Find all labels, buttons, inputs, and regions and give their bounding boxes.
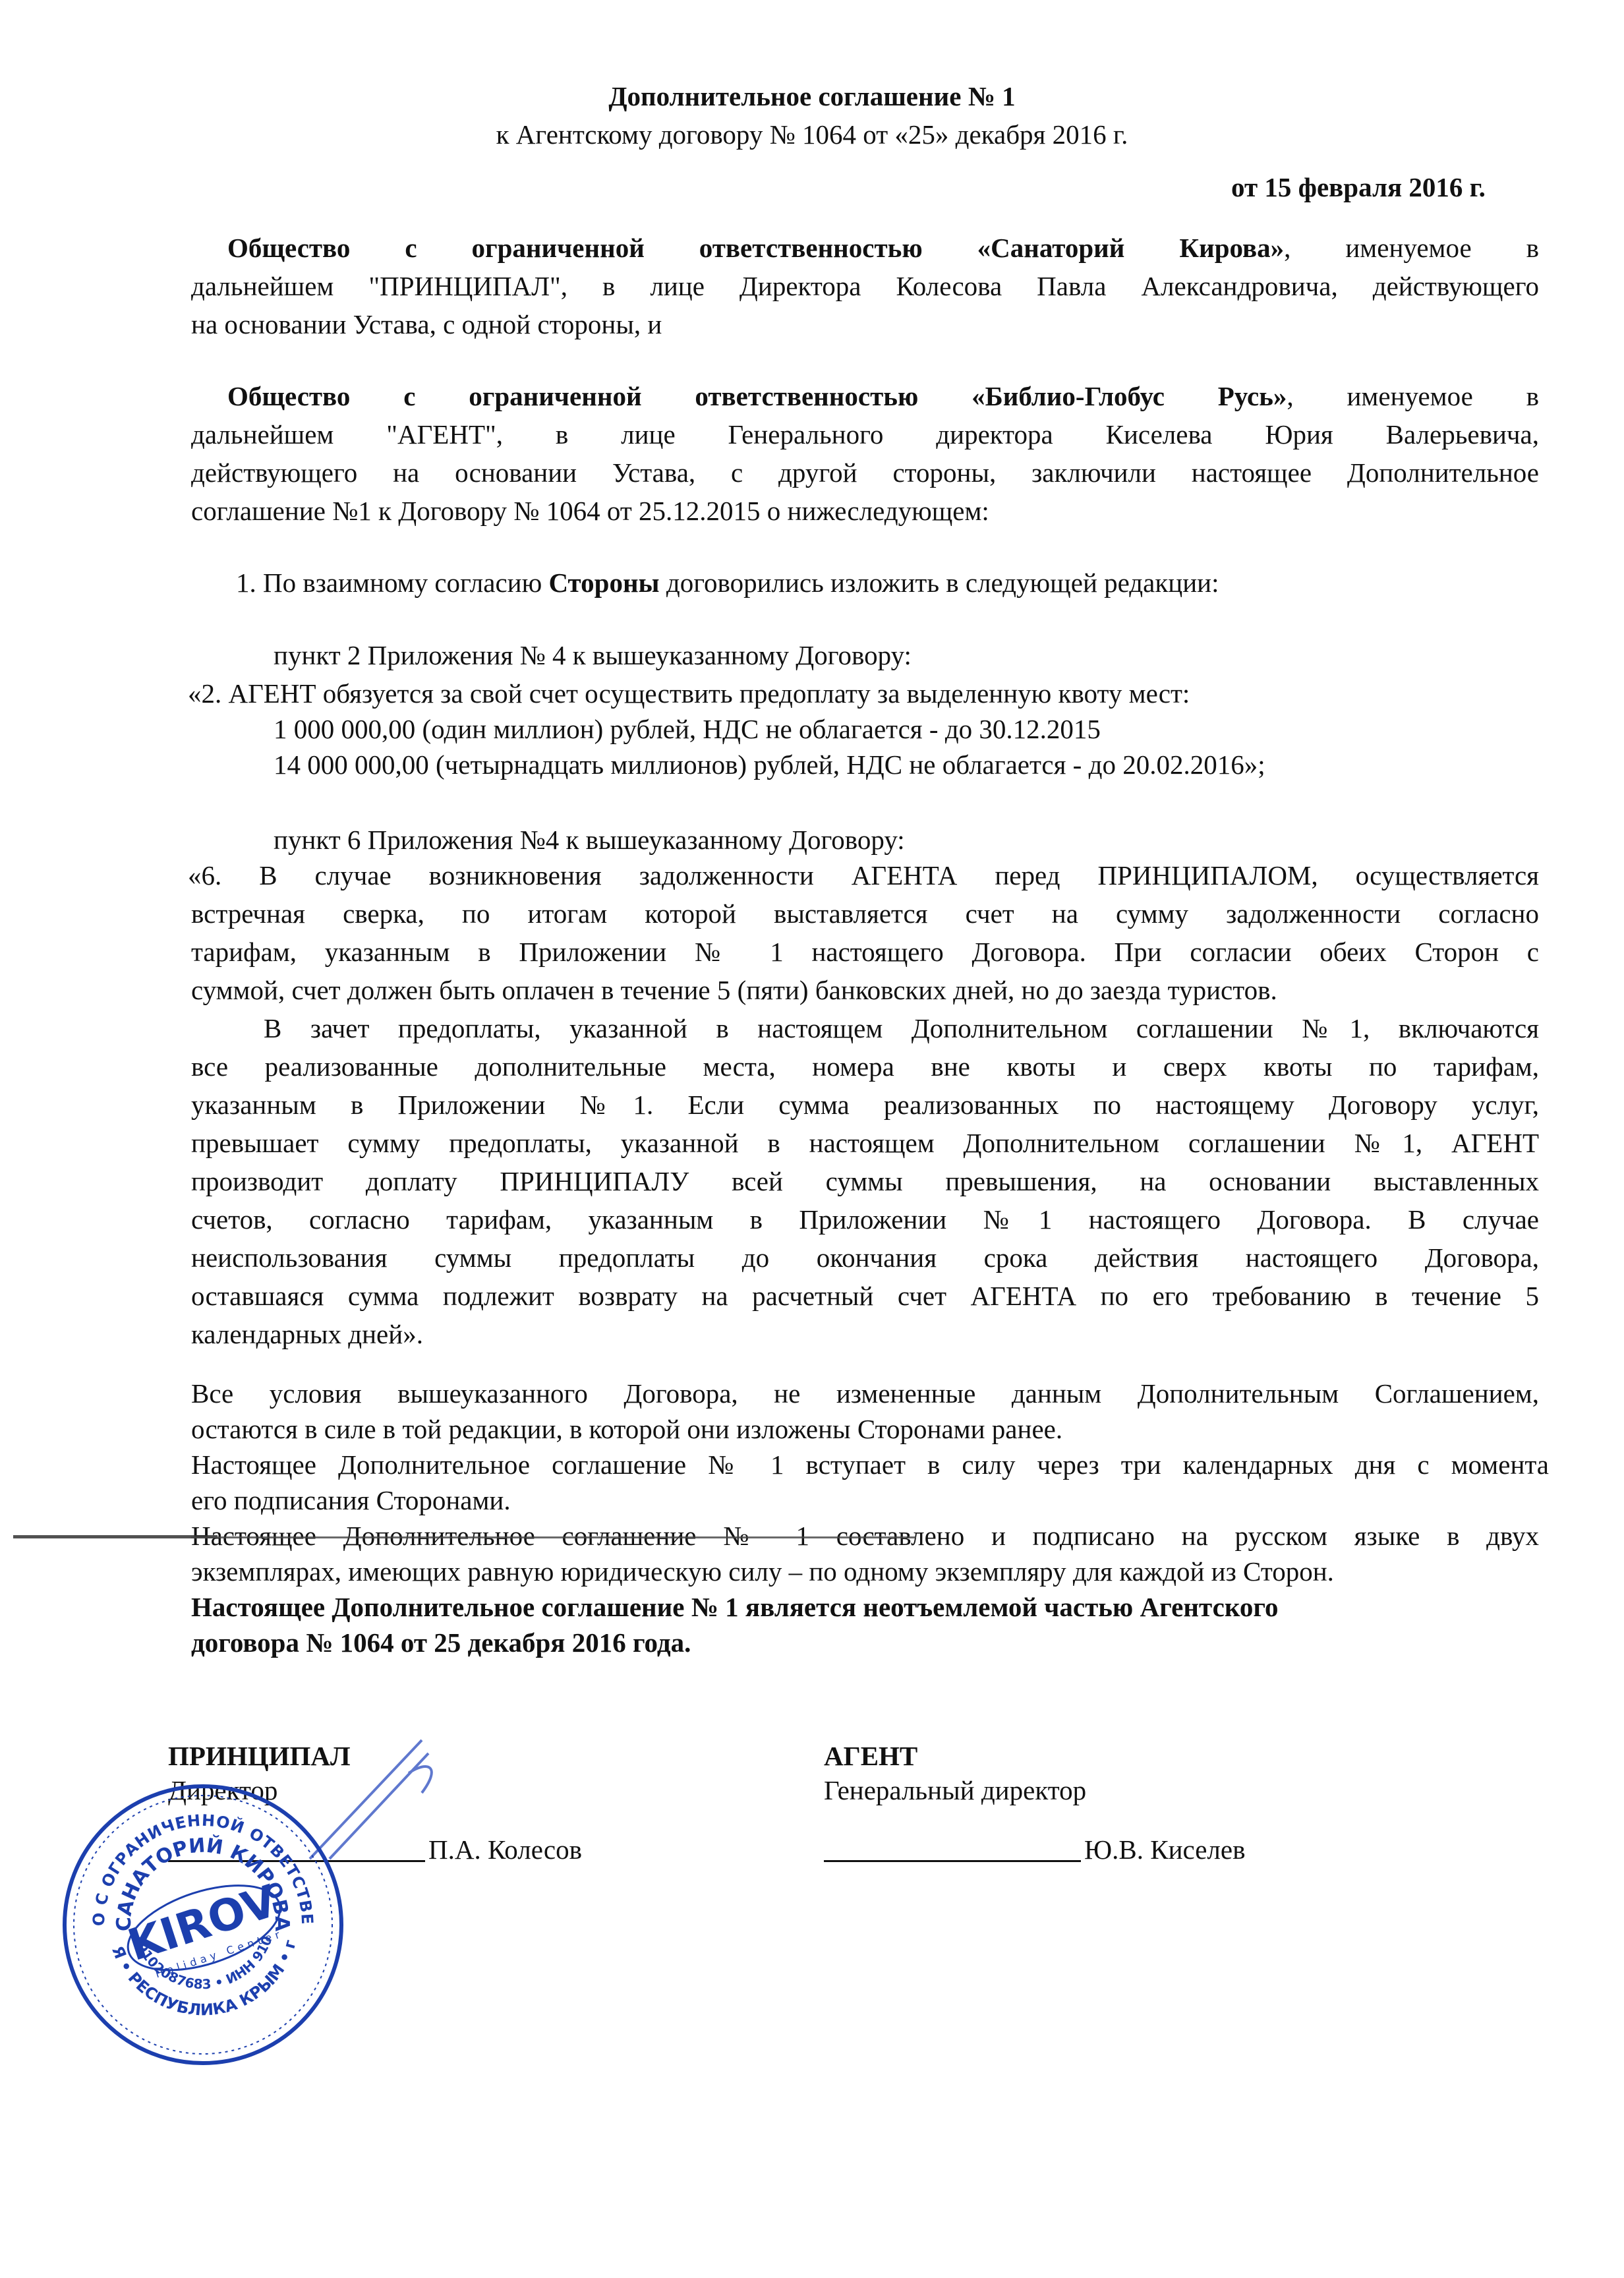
point-6-line-5: В зачет предоплаты, указанной в настояще… [264, 1011, 1539, 1045]
point-6-line-11: неиспользования суммы предоплаты до окон… [191, 1241, 1539, 1275]
point-2-text: «2. АГЕНТ обязуется за свой счет осущест… [188, 676, 1190, 711]
point-6-line-4: суммой, счет должен быть оплачен в течен… [191, 973, 1277, 1007]
document-title: Дополнительное соглашение № 1 [0, 79, 1624, 113]
agent-party-line-2: дальнейшем "АГЕНТ", в лице Генерального … [191, 417, 1539, 452]
point-6-line-8: превышает сумму предоплаты, указанной в … [191, 1126, 1539, 1160]
point-6-line-12: оставшаяся сумма подлежит возврату на ра… [191, 1279, 1539, 1313]
payment-line-2: 14 000 000,00 (четырнадцать миллионов) р… [274, 747, 1265, 782]
payment-line-1: 1 000 000,00 (один миллион) рублей, НДС … [274, 712, 1101, 746]
agent-name: Ю.В. Киселев [1084, 1832, 1245, 1867]
document-date: от 15 февраля 2016 г. [1231, 170, 1486, 204]
point-6-line-7: указанным в Приложении №1. Если сумма ре… [191, 1088, 1539, 1122]
principal-party-rest: , именуемое в [1284, 233, 1539, 263]
final-line-1: Все условия вышеуказанного Договора, не … [191, 1376, 1539, 1411]
final-line-2: остаются в силе в той редакции, в которо… [191, 1412, 1062, 1446]
agent-party-name: Общество с ограниченной ответственностью… [227, 381, 1287, 411]
final-bold-line-2: договора № 1064 от 25 декабря 2016 года. [191, 1625, 691, 1660]
point-6-line-10: счетов, согласно тарифам, указанным в Пр… [191, 1202, 1539, 1237]
point-6-line-3: тарифам, указанным в Приложении № 1 наст… [191, 935, 1539, 969]
company-stamp-icon: ОБЩЕСТВО С ОГРАНИЧЕННОЙ ОТВЕТСТВЕННОСТЬЮ… [58, 1780, 348, 2070]
point-6-line-9: производит доплату ПРИНЦИПАЛУ всей суммы… [191, 1164, 1539, 1198]
point-6-line-6: все реализованные дополнительные места, … [191, 1049, 1539, 1084]
point-6-line-1: «6. В случае возникновения задолженности… [188, 858, 1539, 892]
agent-role: АГЕНТ [824, 1739, 917, 1773]
strikethrough-mark [13, 1535, 217, 1538]
final-line-4: его подписания Сторонами. [191, 1483, 511, 1517]
final-line-5: Настоящее Дополнительное соглашение № 1 … [191, 1519, 1539, 1553]
agent-party-rest: , именуемое в [1287, 381, 1539, 411]
final-line-6: экземплярах, имеющих равную юридическую … [191, 1554, 1334, 1589]
principal-party-name: Общество с ограниченной ответственностью… [227, 233, 1284, 263]
principal-party-line-1: Общество с ограниченной ответственностью… [227, 231, 1539, 265]
point-6-line-13: календарных дней». [191, 1317, 423, 1351]
document-subtitle: к Агентскому договору № 1064 от «25» дек… [0, 117, 1624, 152]
principal-party-line-2: дальнейшем "ПРИНЦИПАЛ", в лице Директора… [191, 269, 1539, 303]
agent-party-line-1: Общество с ограниченной ответственностью… [227, 379, 1539, 413]
final-line-3: Настоящее Дополнительное соглашение № 1 … [191, 1447, 1549, 1482]
point-2-heading: пункт 2 Приложения № 4 к вышеуказанному … [274, 638, 912, 672]
agent-party-line-4: соглашение №1 к Договору № 1064 от 25.12… [191, 494, 989, 528]
final-bold-line-1: Настоящее Дополнительное соглашение № 1 … [191, 1590, 1279, 1624]
principal-name: П.А. Колесов [428, 1832, 582, 1867]
clause-1: 1. По взаимному согласию Стороны договор… [236, 566, 1219, 600]
strikethrough-mark [191, 1536, 916, 1538]
point-6-line-2: встречная сверка, по итогам которой выст… [191, 896, 1539, 931]
clause-1-bold: Стороны [548, 568, 659, 598]
document-page: Дополнительное соглашение № 1 к Агентско… [0, 0, 1624, 2278]
agent-party-line-3: действующего на основании Устава, с друг… [191, 455, 1539, 490]
clause-1-suffix: договорились изложить в следующей редакц… [660, 568, 1219, 598]
point-6-heading: пункт 6 Приложения №4 к вышеуказанному Д… [274, 823, 905, 857]
principal-party-line-3: на основании Устава, с одной стороны, и [191, 307, 662, 341]
agent-signature-line [824, 1860, 1081, 1862]
clause-1-prefix: 1. По взаимному согласию [236, 568, 548, 598]
agent-title: Генеральный директор [824, 1773, 1086, 1807]
